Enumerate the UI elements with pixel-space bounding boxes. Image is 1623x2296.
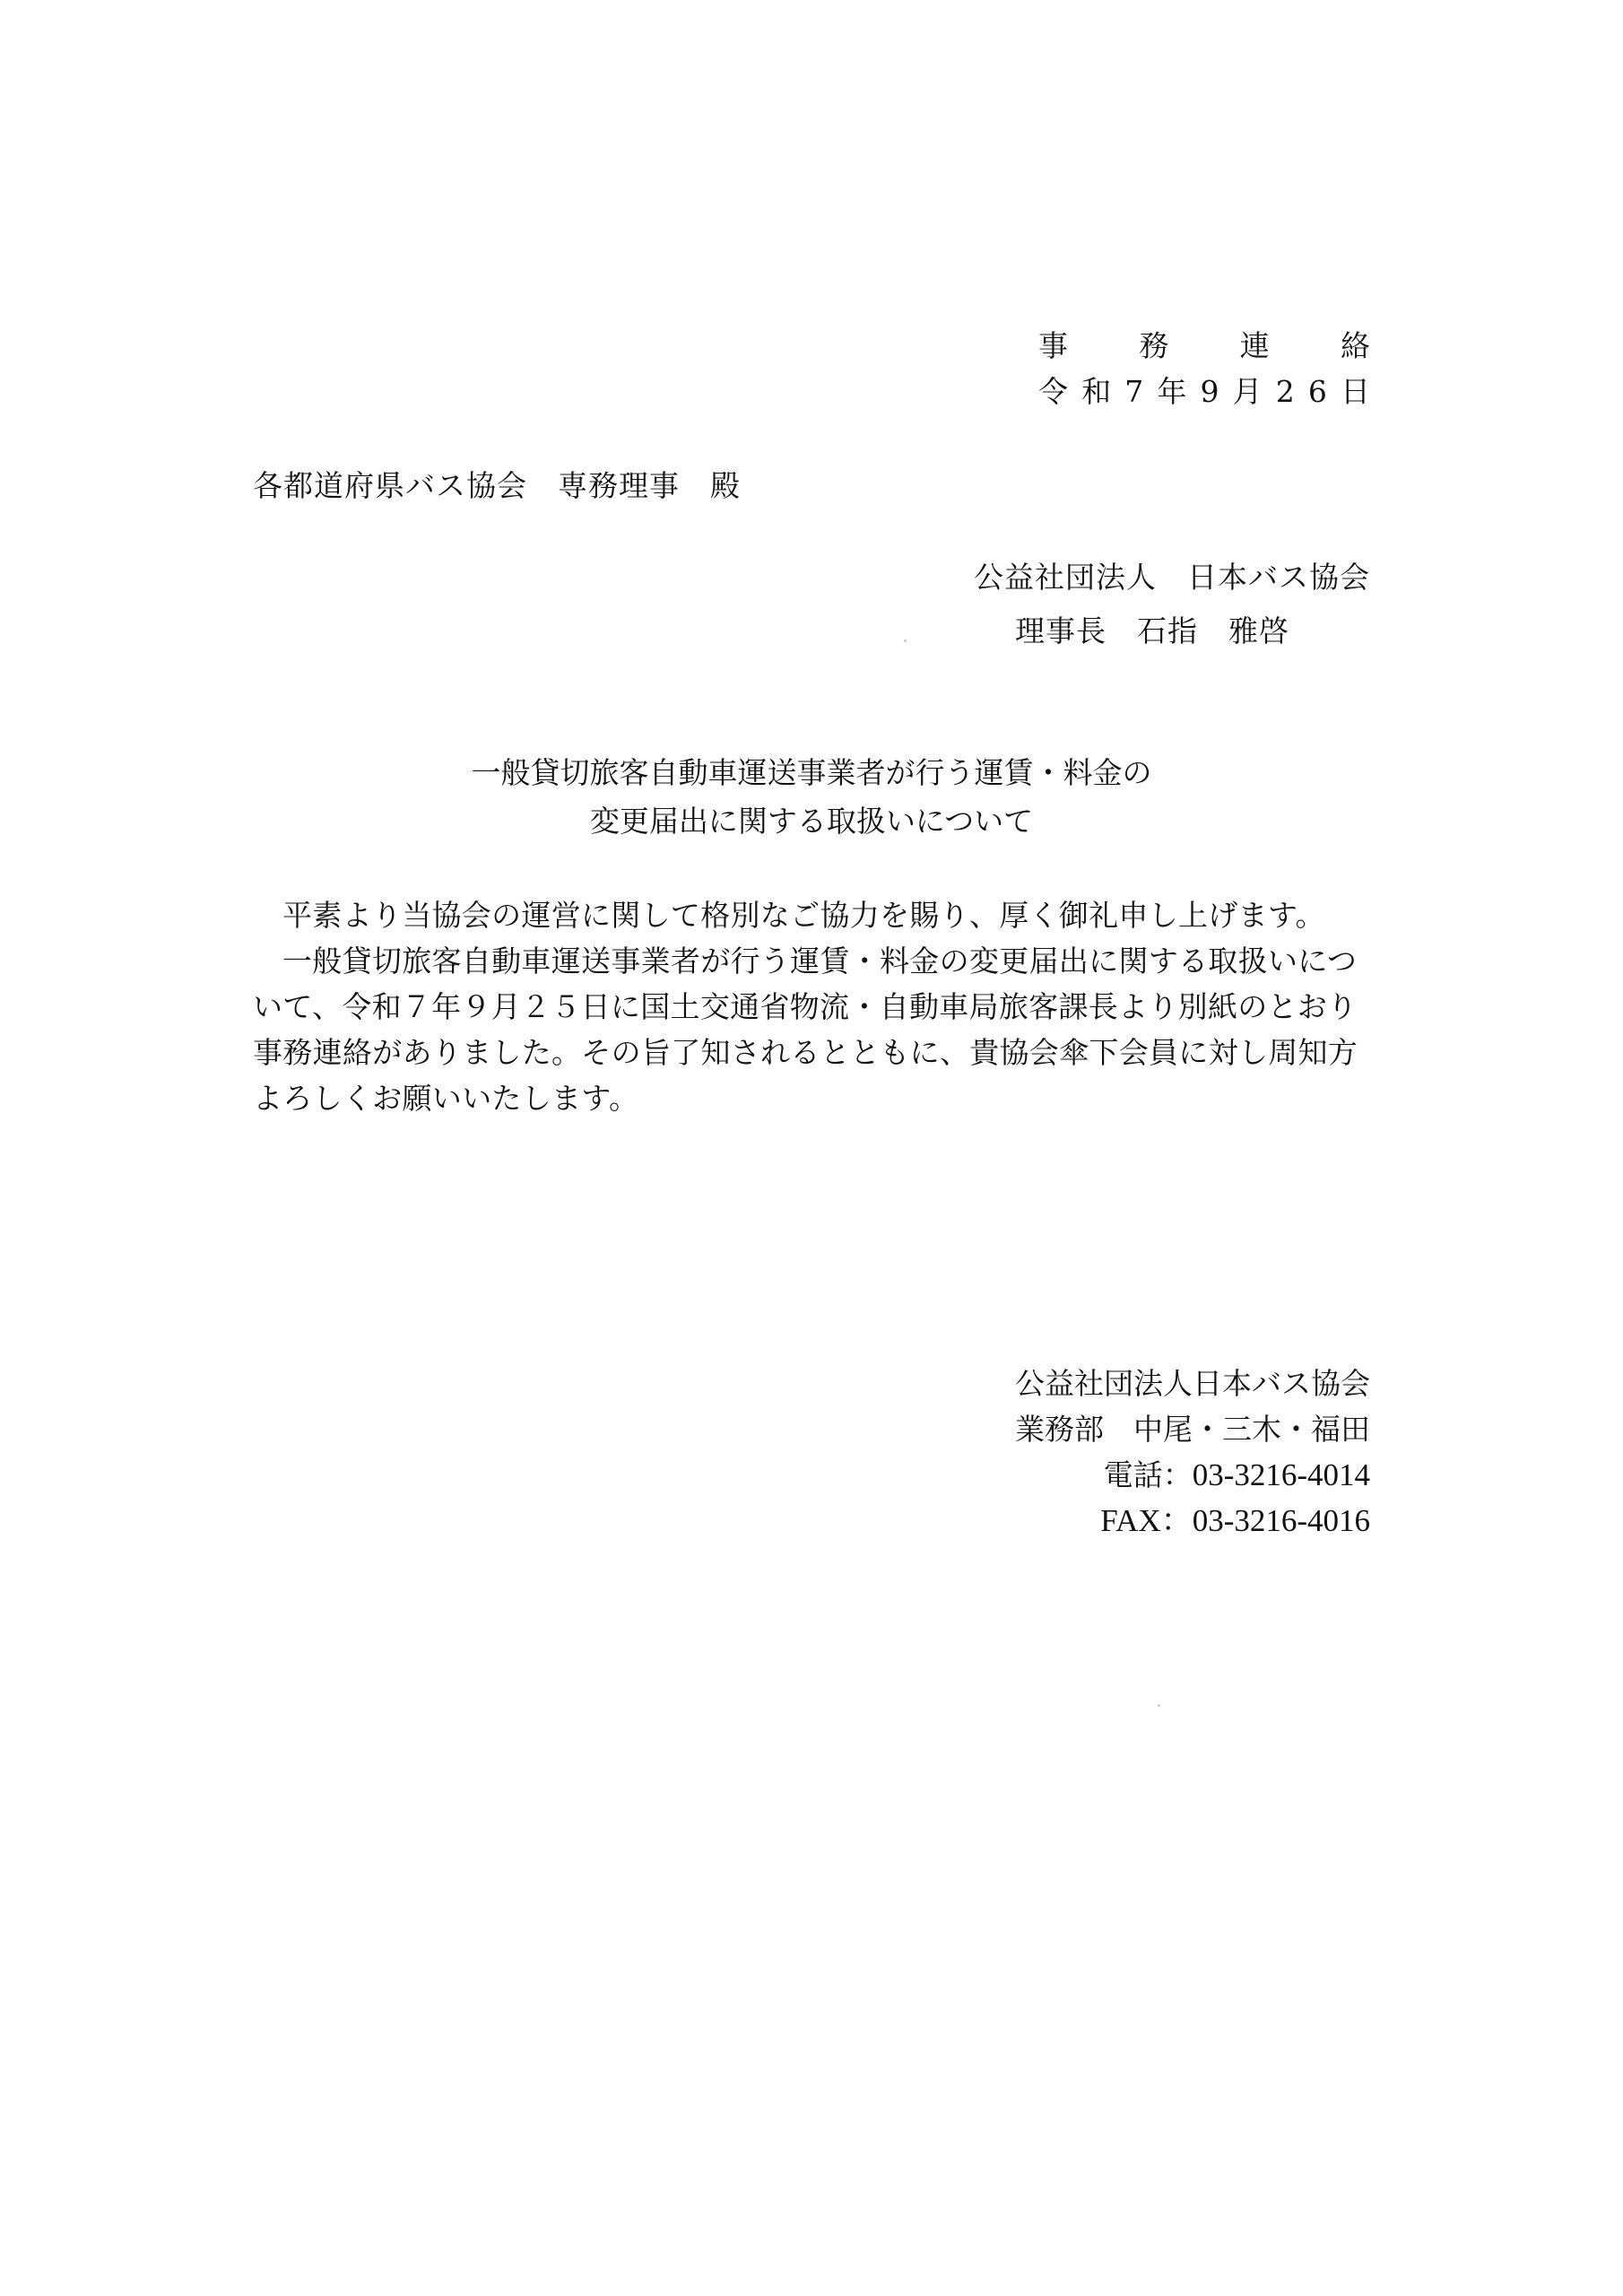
- doc-type-char: 連: [1240, 325, 1270, 368]
- document-title-line-1: 一般貸切旅客自動車運送事業者が行う運賃・料金の: [0, 752, 1623, 795]
- document-title-line-2: 変更届出に関する取扱いについて: [0, 800, 1623, 843]
- date-char: 和: [1081, 370, 1111, 413]
- sender-organization: 公益社団法人 日本バス協会: [974, 556, 1370, 599]
- date-char: 7: [1124, 370, 1143, 413]
- fax-label: FAX：: [1100, 1503, 1192, 1538]
- body-paragraph-greeting: 平素より当協会の運営に関して格別なご協力を賜り、厚く御礼申し上げます。: [253, 892, 1372, 938]
- date-char: 2: [1276, 370, 1295, 413]
- document-date: 令 和 7 年 9 月 2 6 日: [1038, 370, 1370, 413]
- contact-department: 業務部 中尾・三木・福田: [1015, 1406, 1370, 1452]
- doc-type-char: 事: [1038, 325, 1068, 368]
- doc-type-char: 務: [1139, 325, 1168, 368]
- contact-organization: 公益社団法人日本バス協会: [1015, 1361, 1370, 1406]
- sender-title-name: 理事長 石指 雅啓: [1015, 610, 1289, 653]
- date-char: 9: [1201, 370, 1219, 413]
- date-char: 6: [1308, 370, 1327, 413]
- date-char: 令: [1038, 370, 1068, 413]
- date-char: 月: [1233, 370, 1263, 413]
- fax-number: 03-3216-4016: [1193, 1503, 1370, 1538]
- date-char: 日: [1341, 370, 1370, 413]
- document-type: 事 務 連 絡: [1038, 325, 1370, 368]
- body-paragraph-main: 一般貸切旅客自動車運送事業者が行う運賃・料金の変更届出に関する取扱いについて、令…: [253, 938, 1372, 1121]
- document-body: 平素より当協会の運営に関して格別なご協力を賜り、厚く御礼申し上げます。 一般貸切…: [253, 892, 1372, 1121]
- phone-label: 電話：: [1104, 1457, 1193, 1492]
- phone-number: 03-3216-4014: [1193, 1457, 1370, 1492]
- scan-speck: [904, 639, 907, 642]
- scan-speck: [1158, 1704, 1160, 1707]
- doc-type-char: 絡: [1341, 325, 1370, 368]
- addressee: 各都道府県バス協会 専務理事 殿: [253, 465, 741, 508]
- contact-block: 公益社団法人日本バス協会 業務部 中尾・三木・福田 電話：03-3216-401…: [1015, 1361, 1370, 1544]
- date-char: 年: [1157, 370, 1186, 413]
- document-page: 事 務 連 絡 令 和 7 年 9 月 2 6 日 各都道府県バス協会 専務理事…: [0, 0, 1623, 2296]
- contact-phone: 電話：03-3216-4014: [1015, 1452, 1370, 1498]
- contact-fax: FAX：03-3216-4016: [1015, 1498, 1370, 1544]
